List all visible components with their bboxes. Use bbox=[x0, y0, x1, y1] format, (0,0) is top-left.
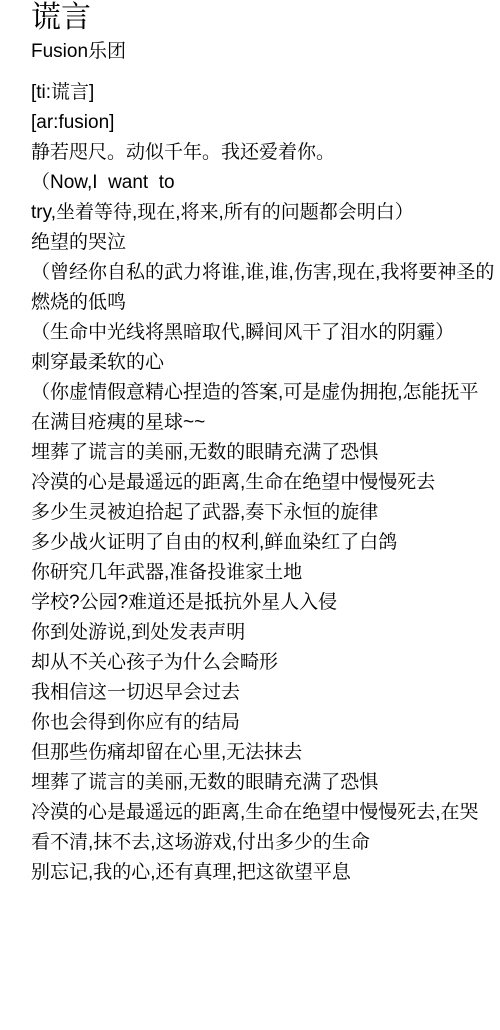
lyric-line: 多少生灵被迫拾起了武器,奏下永恒的旋律 bbox=[31, 498, 500, 528]
lyric-line: （Now,I want to bbox=[31, 168, 500, 198]
song-title: 谎言 bbox=[31, 0, 500, 36]
lyric-line: 多少战火证明了自由的权利,鲜血染红了白鸽 bbox=[31, 528, 500, 558]
lyric-line: 冷漠的心是最遥远的距离,生命在绝望中慢慢死去 bbox=[31, 468, 500, 498]
lyric-line: 但那些伤痛却留在心里,无法抹去 bbox=[31, 738, 500, 768]
lyric-tag-title: [ti:谎言] bbox=[31, 78, 500, 108]
lyric-line: 你也会得到你应有的结局 bbox=[31, 708, 500, 738]
lyric-line: 埋葬了谎言的美丽,无数的眼睛充满了恐惧 bbox=[31, 768, 500, 798]
lyric-line: 却从不关心孩子为什么会畸形 bbox=[31, 648, 500, 678]
lyric-tag-artist: [ar:fusion] bbox=[31, 108, 500, 138]
lyrics-page: 谎言 Fusion乐团 [ti:谎言] [ar:fusion] 静若咫尺。动似千… bbox=[31, 0, 500, 888]
lyric-line: 冷漠的心是最遥远的距离,生命在绝望中慢慢死去,在哭 bbox=[31, 798, 500, 828]
lyrics-body: [ti:谎言] [ar:fusion] 静若咫尺。动似千年。我还爱着你。 （No… bbox=[31, 78, 500, 888]
lyric-line: （曾经你自私的武力将谁,谁,谁,伤害,现在,我将要神圣的 bbox=[31, 258, 500, 288]
lyric-line: 看不清,抹不去,这场游戏,付出多少的生命 bbox=[31, 828, 500, 858]
lyric-line: （生命中光线将黑暗取代,瞬间风干了泪水的阴霾） bbox=[31, 318, 500, 348]
lyric-line: 你研究几年武器,准备投谁家土地 bbox=[31, 558, 500, 588]
lyric-line: 燃烧的低鸣 bbox=[31, 288, 500, 318]
lyric-line: （你虚情假意精心捏造的答案,可是虚伪拥抱,怎能抚平 bbox=[31, 378, 500, 408]
lyric-line: 我相信这一切迟早会过去 bbox=[31, 678, 500, 708]
lyric-line: 绝望的哭泣 bbox=[31, 228, 500, 258]
lyric-line: 别忘记,我的心,还有真理,把这欲望平息 bbox=[31, 858, 500, 888]
lyric-line: 刺穿最柔软的心 bbox=[31, 348, 500, 378]
song-artist: Fusion乐团 bbox=[31, 37, 500, 67]
lyric-line: 你到处游说,到处发表声明 bbox=[31, 618, 500, 648]
lyric-line: 在满目疮痍的星球~~ bbox=[31, 408, 500, 438]
lyric-line: 静若咫尺。动似千年。我还爱着你。 bbox=[31, 138, 500, 168]
lyric-line: try,坐着等待,现在,将来,所有的问题都会明白） bbox=[31, 198, 500, 228]
lyric-line: 埋葬了谎言的美丽,无数的眼睛充满了恐惧 bbox=[31, 438, 500, 468]
lyric-line: 学校?公园?难道还是抵抗外星人入侵 bbox=[31, 588, 500, 618]
